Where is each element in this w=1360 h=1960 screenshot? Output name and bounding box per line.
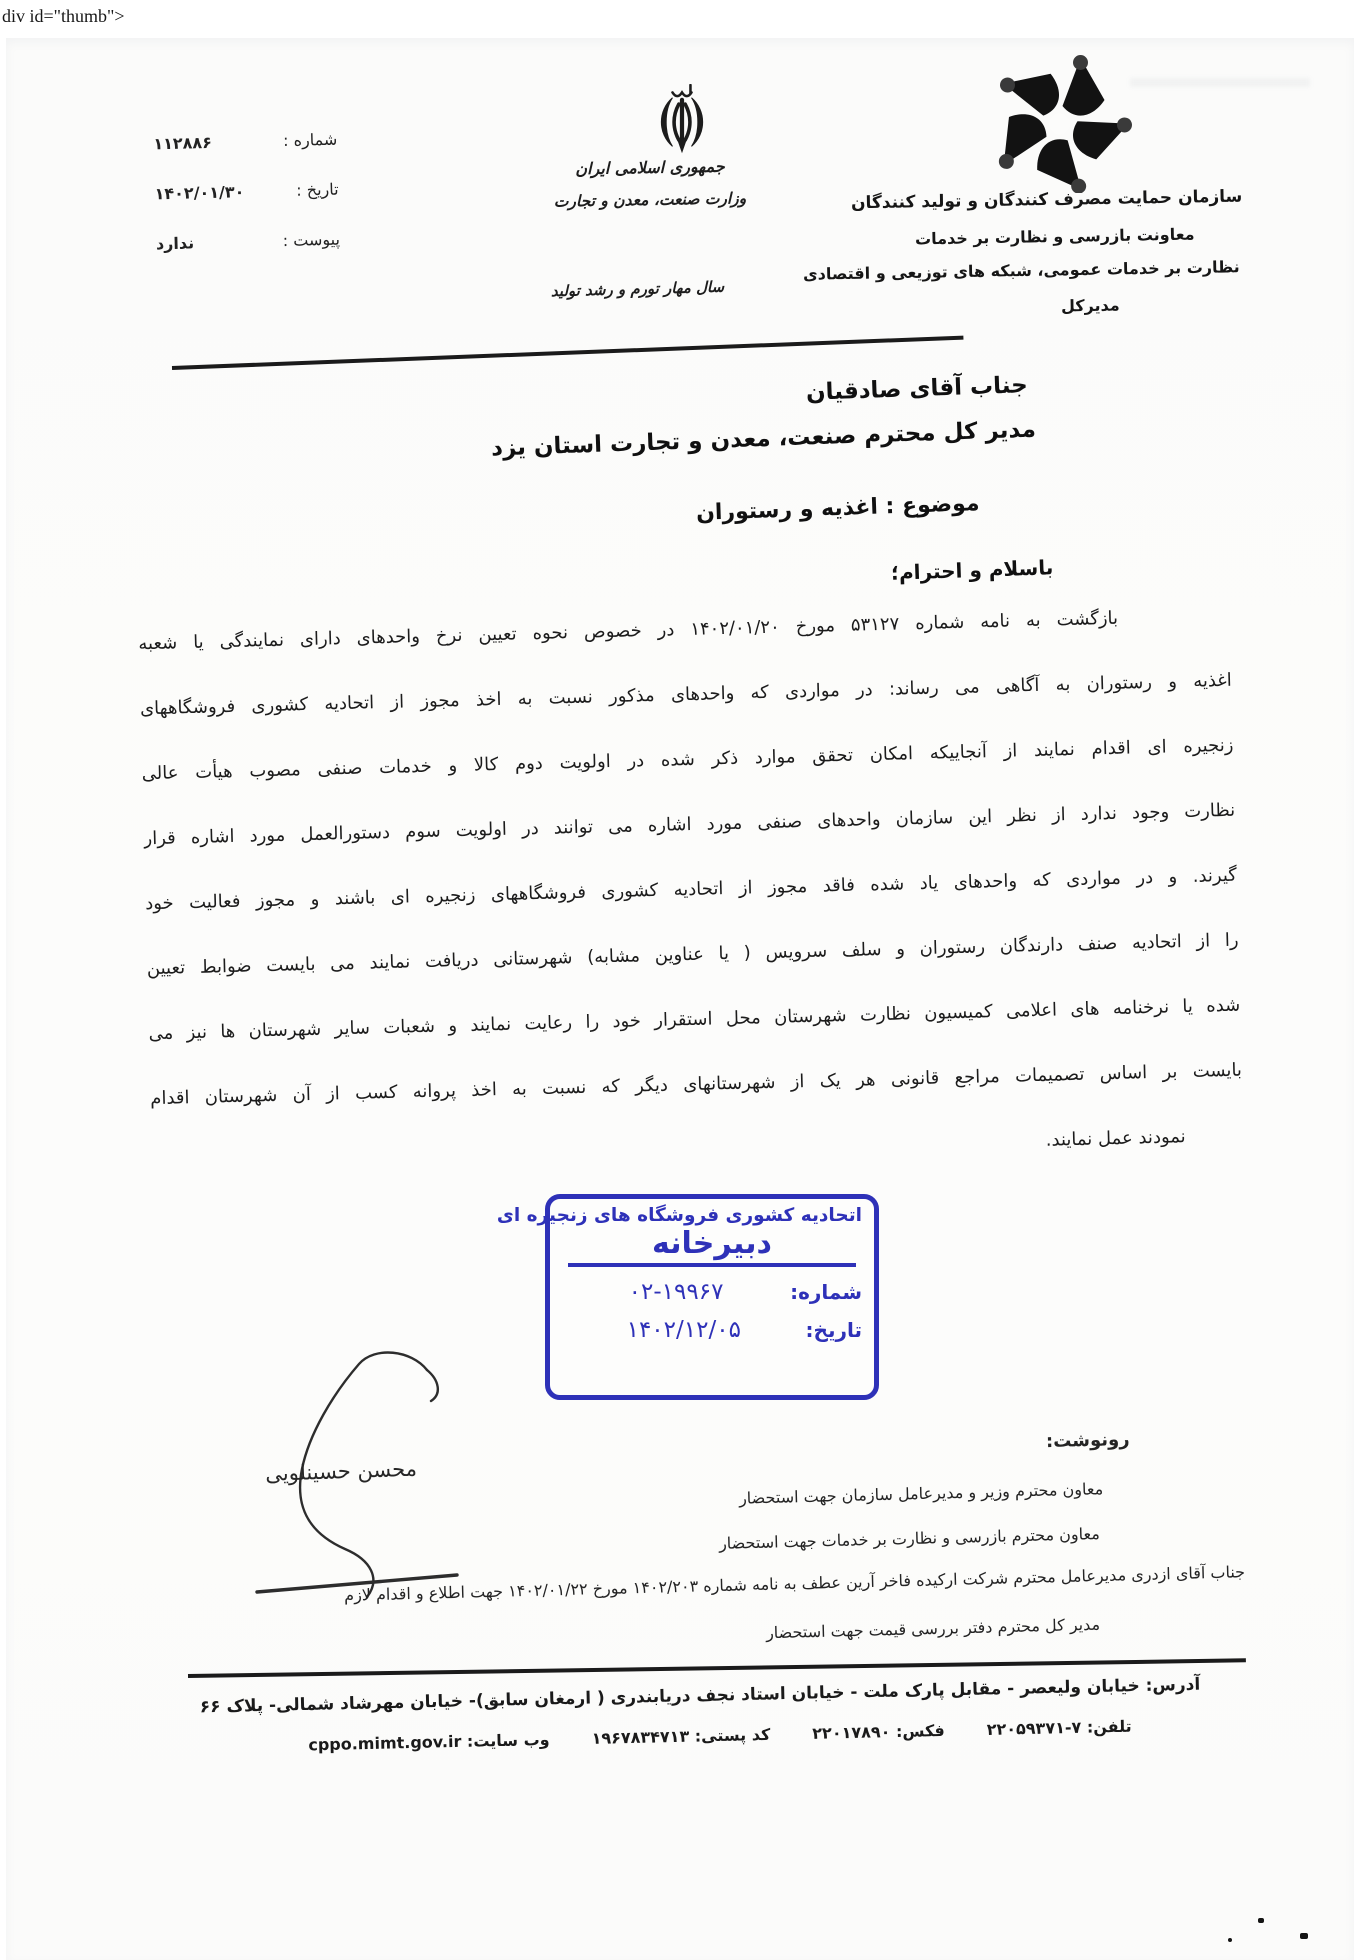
cc-item: معاون محترم بازرسی و نظارت بر خدمات جهت … [719, 1524, 1100, 1553]
country-title: جمهوری اسلامی ایران [540, 156, 760, 179]
scan-content: شماره : ۱۱۲۸۸۶ تاریخ : ۱۴۰۲/۰۱/۳۰ پیوست … [0, 0, 1360, 1960]
stamp-number-row: شماره: ۰۲-۱۹۹۶۷ [562, 1279, 862, 1305]
footer-postal: کد پستی: ۱۹۶۷۸۳۴۷۱۳ [591, 1725, 770, 1748]
scanned-letter-page: { "viewer": { "artifact_text": "div id=\… [0, 0, 1360, 1960]
letter-number-value: ۱۱۲۸۸۶ [153, 133, 212, 154]
letter-attachment-row: پیوست : ندارد [156, 230, 341, 285]
letter-body: بازگشت به نامه شماره ۵۳۱۲۷ مورخ ۱۴۰۲/۰۱/… [138, 583, 1245, 1196]
stamp-date-label: تاریخ: [806, 1318, 862, 1342]
footer-address: آدرس: خیابان ولیعصر - مقابل پارک ملت - خ… [150, 1674, 1250, 1719]
letter-date-value: ۱۴۰۲/۰۱/۳۰ [154, 182, 244, 203]
letter-attachment-label: پیوست : [283, 230, 341, 250]
stamp-number-label: شماره: [790, 1280, 862, 1304]
recipient-name: جناب آقای صادقیان [806, 372, 1029, 406]
cc-title: رونوشت: [1046, 1429, 1130, 1452]
ink-speck [1228, 1938, 1232, 1942]
stamp-union-title: اتحادیه کشوری فروشگاه های زنجیره ای [562, 1205, 862, 1226]
year-slogan: سال مهار تورم و رشد تولید [530, 277, 745, 301]
letter-attachment-value: ندارد [156, 233, 195, 253]
stamp-date-row: تاریخ: ۱۴۰۲/۱۲/۰۵ [562, 1317, 862, 1343]
signer-role: مدیرکل [1061, 295, 1120, 315]
letter-number-label: شماره : [283, 130, 338, 150]
iran-emblem-icon [650, 84, 714, 158]
letter-number-row: شماره : ۱۱۲۸۸۶ [153, 130, 338, 185]
stamp-office-title: دبیرخانه [562, 1226, 862, 1261]
deputy-title: معاونت بازرسی و نظارت بر خدمات [915, 225, 1195, 249]
footer-phone-label: تلفن: [1087, 1717, 1132, 1737]
footer-fax-value: ۲۲۰۱۷۸۹۰ [812, 1722, 891, 1743]
letter-date-label: تاریخ : [296, 180, 339, 200]
ink-speck [1258, 1918, 1264, 1923]
footer-website: وب سایت: cppo.mimt.gov.ir [308, 1730, 550, 1754]
footer-postal-label: کد پستی: [695, 1725, 771, 1746]
header-divider [172, 336, 964, 370]
footer-contacts: تلفن: ۲۲۰۵۹۳۷۱-۷ فکس: ۲۲۰۱۷۸۹۰ کد پستی: … [180, 1714, 1260, 1757]
stamp-underline [568, 1263, 856, 1267]
footer-divider [188, 1658, 1246, 1677]
letter-date-row: تاریخ : ۱۴۰۲/۰۱/۳۰ [154, 180, 339, 235]
stamp-date-value: ۱۴۰۲/۱۲/۰۵ [562, 1317, 806, 1343]
letter-meta-block: شماره : ۱۱۲۸۸۶ تاریخ : ۱۴۰۲/۰۱/۳۰ پیوست … [153, 130, 341, 285]
office-title: نظارت بر خدمات عمومی، شبکه های توزیعی و … [803, 257, 1240, 284]
stamp-number-value: ۰۲-۱۹۹۶۷ [562, 1279, 790, 1305]
salutation-line: باسلام و احترام؛ [890, 555, 1053, 585]
footer-phone: تلفن: ۲۲۰۵۹۳۷۱-۷ [987, 1717, 1132, 1739]
scan-smudge [1130, 78, 1310, 87]
ink-speck [1300, 1933, 1308, 1939]
cc-item: معاون محترم وزیر و مدیرعامل سازمان جهت ا… [739, 1479, 1104, 1508]
ministry-title: وزارت صنعت، معدن و تجارت [525, 189, 775, 211]
organization-logo-icon [982, 55, 1137, 193]
subject-line: موضوع : اغذیه و رستوران [696, 491, 980, 526]
registry-stamp: اتحادیه کشوری فروشگاه های زنجیره ای دبیر… [545, 1194, 879, 1400]
organization-title: سازمان حمایت مصرف کنندگان و تولید کنندگا… [851, 187, 1243, 214]
footer-website-value: cppo.mimt.gov.ir [308, 1732, 461, 1754]
letter-page: شماره : ۱۱۲۸۸۶ تاریخ : ۱۴۰۲/۰۱/۳۰ پیوست … [6, 38, 1354, 1960]
footer-website-label: وب سایت: [467, 1730, 550, 1751]
recipient-title: مدیر کل محترم صنعت، معدن و تجارت استان ی… [491, 416, 1037, 461]
footer-fax-label: فکس: [896, 1721, 945, 1741]
footer-fax: فکس: ۲۲۰۱۷۸۹۰ [812, 1721, 945, 1743]
footer-phone-value: ۲۲۰۵۹۳۷۱-۷ [987, 1718, 1082, 1739]
footer-postal-value: ۱۹۶۷۸۳۴۷۱۳ [591, 1727, 689, 1748]
cc-item: مدیر کل محترم دفتر بررسی قیمت جهت استحضا… [766, 1615, 1101, 1643]
